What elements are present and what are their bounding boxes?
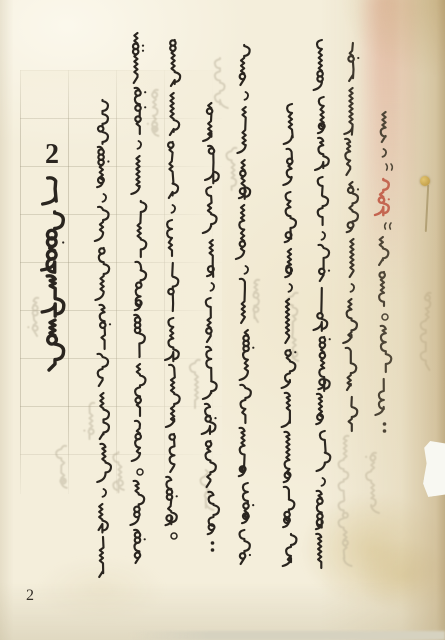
- script-word: [169, 434, 174, 472]
- script-word: [316, 491, 323, 529]
- script-word: [285, 249, 292, 277]
- script-word: [42, 212, 64, 272]
- script-columns: [42, 33, 393, 577]
- script-word: [89, 403, 95, 439]
- script-word: [316, 534, 321, 568]
- script-word: [95, 207, 109, 241]
- diacritic-dot: [144, 538, 146, 540]
- script-word: [135, 88, 141, 134]
- script-word: [95, 248, 109, 300]
- script-word: [239, 428, 246, 476]
- script-word: [97, 147, 104, 187]
- ghost-column-8: [421, 293, 431, 370]
- script-word: [282, 393, 290, 427]
- script-word: [344, 88, 352, 135]
- ghost-column-12: [226, 148, 236, 190]
- script-word: [284, 104, 293, 144]
- script-word: [100, 393, 109, 439]
- column-7: [314, 40, 331, 568]
- script-word: [134, 315, 145, 357]
- script-word: [208, 492, 219, 534]
- script-word: [285, 299, 289, 343]
- script-word: [421, 293, 431, 370]
- script-word: [203, 103, 212, 141]
- column-3: [165, 40, 180, 539]
- script-word: [318, 97, 325, 133]
- script-word: [315, 138, 329, 170]
- diacritic-dot: [147, 123, 149, 125]
- script-word: [206, 441, 216, 487]
- full-stop-mark: [171, 533, 177, 539]
- diacritic-dot: [328, 270, 330, 272]
- script-word: [98, 354, 109, 386]
- script-word: [131, 156, 139, 194]
- ghost-column-4: [147, 90, 159, 136]
- diacritic-dot: [249, 554, 251, 556]
- column-2: [130, 33, 146, 563]
- page-number: 2: [26, 587, 34, 605]
- final-mark-dot: [211, 541, 215, 545]
- diacritic-dot: [294, 351, 296, 353]
- manuscript-page: 2 2: [0, 0, 445, 640]
- diacritic-dot: [176, 495, 178, 497]
- script-word: [347, 182, 358, 232]
- comma-mark: [383, 149, 387, 157]
- comma-mark: [103, 194, 107, 202]
- column-9-with-red-word: [375, 112, 392, 433]
- comma-mark: [245, 92, 249, 100]
- script-word: [42, 276, 64, 316]
- script-word: [132, 421, 141, 461]
- diacritic-dot: [365, 456, 367, 458]
- script-word: [100, 305, 106, 349]
- script-word: [284, 432, 291, 482]
- script-word: [240, 330, 249, 380]
- comma-mark: [322, 478, 326, 486]
- script-word: [202, 404, 216, 434]
- script-word: [43, 178, 57, 204]
- script-word: [283, 487, 294, 527]
- script-word: [134, 530, 140, 563]
- script-word: [98, 100, 108, 144]
- script-word: [203, 347, 217, 399]
- script-word: [168, 263, 178, 311]
- ghost-column-2: [339, 436, 352, 566]
- script-word: [348, 43, 353, 81]
- column-6: [282, 104, 297, 566]
- diacritic-dot: [144, 106, 146, 108]
- column-1: [95, 100, 111, 577]
- script-word: [239, 160, 250, 199]
- diacritic-dot: [329, 338, 331, 340]
- script-word: [317, 431, 331, 471]
- ghost-column-3: [365, 453, 379, 513]
- script-word: [316, 394, 323, 424]
- script-word: [283, 534, 297, 566]
- script-word: [240, 45, 250, 85]
- ghost-column-9: [190, 360, 200, 408]
- comma-mark: [211, 283, 215, 291]
- script-word: [236, 205, 245, 259]
- diacritic-dot: [142, 50, 144, 52]
- script-word: [168, 142, 178, 198]
- final-mark-dot: [211, 548, 215, 552]
- close-quote-mark: [385, 223, 391, 229]
- script-word: [206, 298, 212, 342]
- script-word: [226, 148, 236, 190]
- script-word: [48, 320, 64, 370]
- diacritic-dot: [109, 323, 111, 325]
- script-word: [253, 280, 259, 322]
- paper-notch: [423, 441, 445, 497]
- comma-mark: [351, 284, 355, 292]
- column-5: [236, 45, 255, 564]
- comma-mark: [103, 489, 107, 497]
- comma-mark: [138, 141, 142, 149]
- diacritic-dot: [107, 160, 109, 162]
- script-word: [207, 240, 214, 277]
- script-word: [205, 146, 219, 184]
- script-word: [314, 288, 328, 331]
- script-word: [343, 299, 357, 343]
- script-word: [113, 452, 124, 492]
- diacritic-dot: [27, 326, 29, 328]
- script-word: [381, 326, 392, 372]
- final-mark-dot: [383, 429, 387, 433]
- script-word: [242, 483, 249, 523]
- script-word: [135, 262, 146, 310]
- diacritic-dot: [357, 57, 359, 59]
- script-word: [283, 149, 292, 185]
- full-stop-mark: [137, 469, 143, 475]
- script-word: [166, 477, 177, 525]
- script-word: [345, 139, 350, 175]
- section-number: 2: [45, 139, 59, 171]
- script-word: [366, 453, 379, 513]
- diacritic-dot: [142, 45, 144, 47]
- diacritic-dot: [214, 417, 216, 419]
- diacritic-dot: [62, 241, 64, 243]
- manuscript-text-layer: [0, 0, 445, 640]
- ghost-column-6: [56, 446, 67, 488]
- full-stop-mark: [382, 314, 388, 320]
- heading-column: [42, 178, 65, 370]
- script-word: [152, 90, 158, 136]
- script-word: [240, 530, 250, 564]
- script-word: [167, 220, 172, 256]
- column-8: [343, 43, 359, 431]
- red-highlight-word: [375, 179, 389, 215]
- ghost-column-0: [215, 58, 228, 108]
- ghost-column-5: [83, 403, 94, 439]
- script-word: [375, 379, 383, 415]
- diacritic-dot: [357, 188, 359, 190]
- script-word: [349, 397, 358, 431]
- script-word: [240, 385, 251, 423]
- script-word: [381, 112, 386, 142]
- comma-mark: [172, 205, 176, 213]
- scanner-bed-strip: [128, 631, 445, 640]
- script-word: [99, 504, 108, 533]
- open-quote-mark: [386, 164, 392, 170]
- script-word: [319, 245, 330, 281]
- script-word: [165, 318, 179, 361]
- script-word: [379, 237, 388, 265]
- ghost-column-10: [253, 280, 259, 322]
- script-word: [56, 446, 67, 488]
- script-word: [97, 444, 111, 482]
- script-word: [318, 177, 328, 225]
- script-word: [190, 360, 200, 408]
- comma-mark: [289, 284, 293, 292]
- script-word: [237, 107, 245, 153]
- script-word: [138, 201, 147, 257]
- script-word: [166, 365, 180, 427]
- diacritic-dot: [388, 198, 390, 200]
- diacritic-dot: [83, 430, 85, 432]
- script-word: [379, 272, 385, 306]
- script-word: [135, 364, 145, 416]
- script-word: [133, 33, 138, 83]
- script-word: [170, 93, 179, 135]
- script-word: [240, 279, 245, 323]
- comma-mark: [322, 232, 326, 240]
- ghost-column-7: [113, 452, 124, 492]
- comma-mark: [245, 266, 249, 274]
- thread-artifact-knot: [420, 176, 430, 186]
- script-word: [318, 337, 329, 391]
- script-word: [314, 40, 323, 90]
- showthrough-ghost-text: [27, 58, 430, 566]
- script-word: [339, 436, 352, 566]
- script-word: [99, 537, 103, 577]
- script-word: [350, 239, 354, 277]
- script-word: [203, 187, 217, 233]
- script-word: [33, 298, 39, 336]
- script-word: [130, 481, 144, 525]
- final-mark-dot: [383, 422, 387, 426]
- ghost-column-11: [27, 298, 38, 336]
- script-word: [215, 58, 228, 108]
- diacritic-dot: [144, 91, 146, 93]
- diacritic-dot: [252, 504, 254, 506]
- script-word: [285, 192, 296, 242]
- diacritic-dot: [252, 347, 254, 349]
- script-word: [346, 348, 357, 390]
- script-word: [170, 40, 180, 86]
